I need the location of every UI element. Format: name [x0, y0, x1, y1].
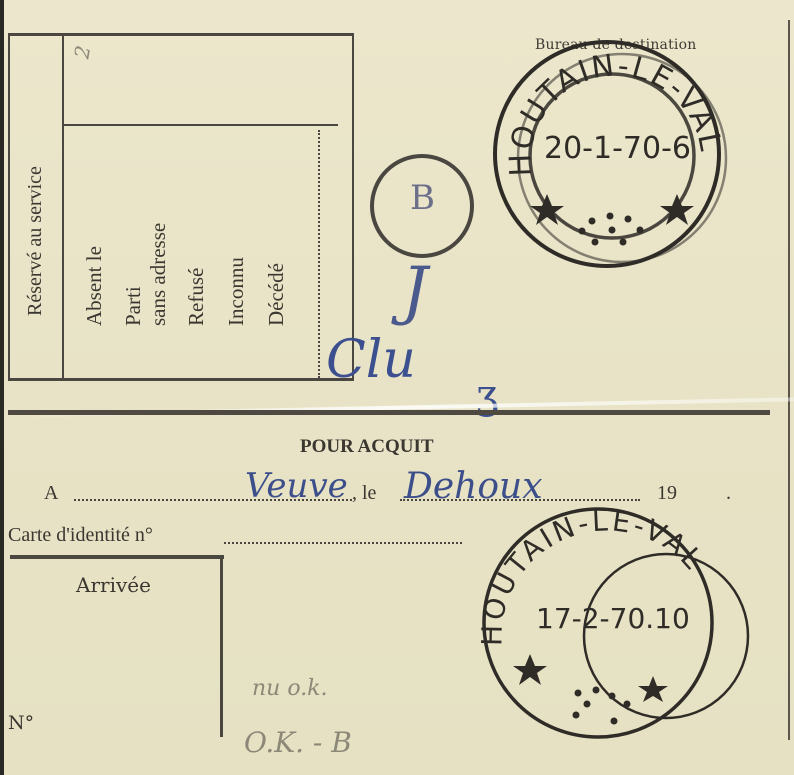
postmark-stars	[513, 654, 668, 702]
pencil-mark-top: 2	[69, 44, 95, 61]
arrival-box-right-border	[220, 555, 223, 737]
date-field-value[interactable]: Dehoux	[404, 466, 543, 507]
id-card-label: Carte d'identité n°	[8, 524, 153, 547]
card-right-edge	[788, 20, 790, 740]
arrival-box-title: Arrivée	[76, 573, 151, 597]
service-box-top-border	[8, 33, 354, 36]
postmark-dots	[579, 213, 644, 246]
receipt-postmark-date: 17-2-70.10	[536, 602, 690, 635]
pencil-note-line2: O.K. - B	[244, 726, 352, 759]
place-field-value[interactable]: Veuve	[245, 466, 348, 506]
option-inconnu: Inconnu	[224, 257, 249, 326]
pencil-note-line1: nu o.k.	[252, 676, 328, 701]
service-box-bottom-border	[8, 378, 354, 381]
receipt-postmark: HOUTAIN-LE-VAL 17-2-70.10	[480, 506, 760, 746]
service-box-title: Réservé au service	[24, 166, 47, 316]
option-absent: Absent le	[82, 246, 107, 326]
service-box-divider	[62, 33, 64, 380]
year-suffix: .	[726, 482, 731, 505]
year-prefix: 19	[657, 482, 677, 505]
destination-postmark-date: 20-1-70-6	[544, 131, 691, 166]
service-box-inner-rule	[64, 124, 338, 126]
option-parti-line2: sans adresse	[146, 223, 171, 326]
option-decede: Décédé	[264, 263, 289, 326]
handwritten-signature: Clu	[326, 330, 416, 390]
place-prefix: A	[44, 482, 58, 505]
option-refuse: Refusé	[184, 268, 209, 326]
id-card-field-line[interactable]	[224, 542, 462, 544]
destination-postmark: HOUTAIN-LE-VAL 20-1-70-6	[492, 36, 732, 276]
arrival-number-label: N°	[8, 712, 34, 734]
card-left-edge	[0, 0, 4, 775]
option-parti-line1: Parti	[121, 286, 146, 326]
postal-receipt-card: Réservé au service Absent le Parti sans …	[0, 0, 794, 775]
service-box-right-border	[352, 33, 354, 380]
registered-letter: B	[410, 178, 435, 218]
section-separator	[8, 410, 770, 415]
service-box-left-border	[8, 33, 10, 380]
service-box-dotted-rule	[318, 130, 320, 378]
postmark-stars	[530, 194, 694, 225]
handwritten-initials: J	[402, 254, 428, 328]
arrival-box-top-border	[10, 555, 224, 559]
date-prefix: , le	[352, 482, 376, 505]
pour-acquit-heading: POUR ACQUIT	[300, 436, 434, 458]
